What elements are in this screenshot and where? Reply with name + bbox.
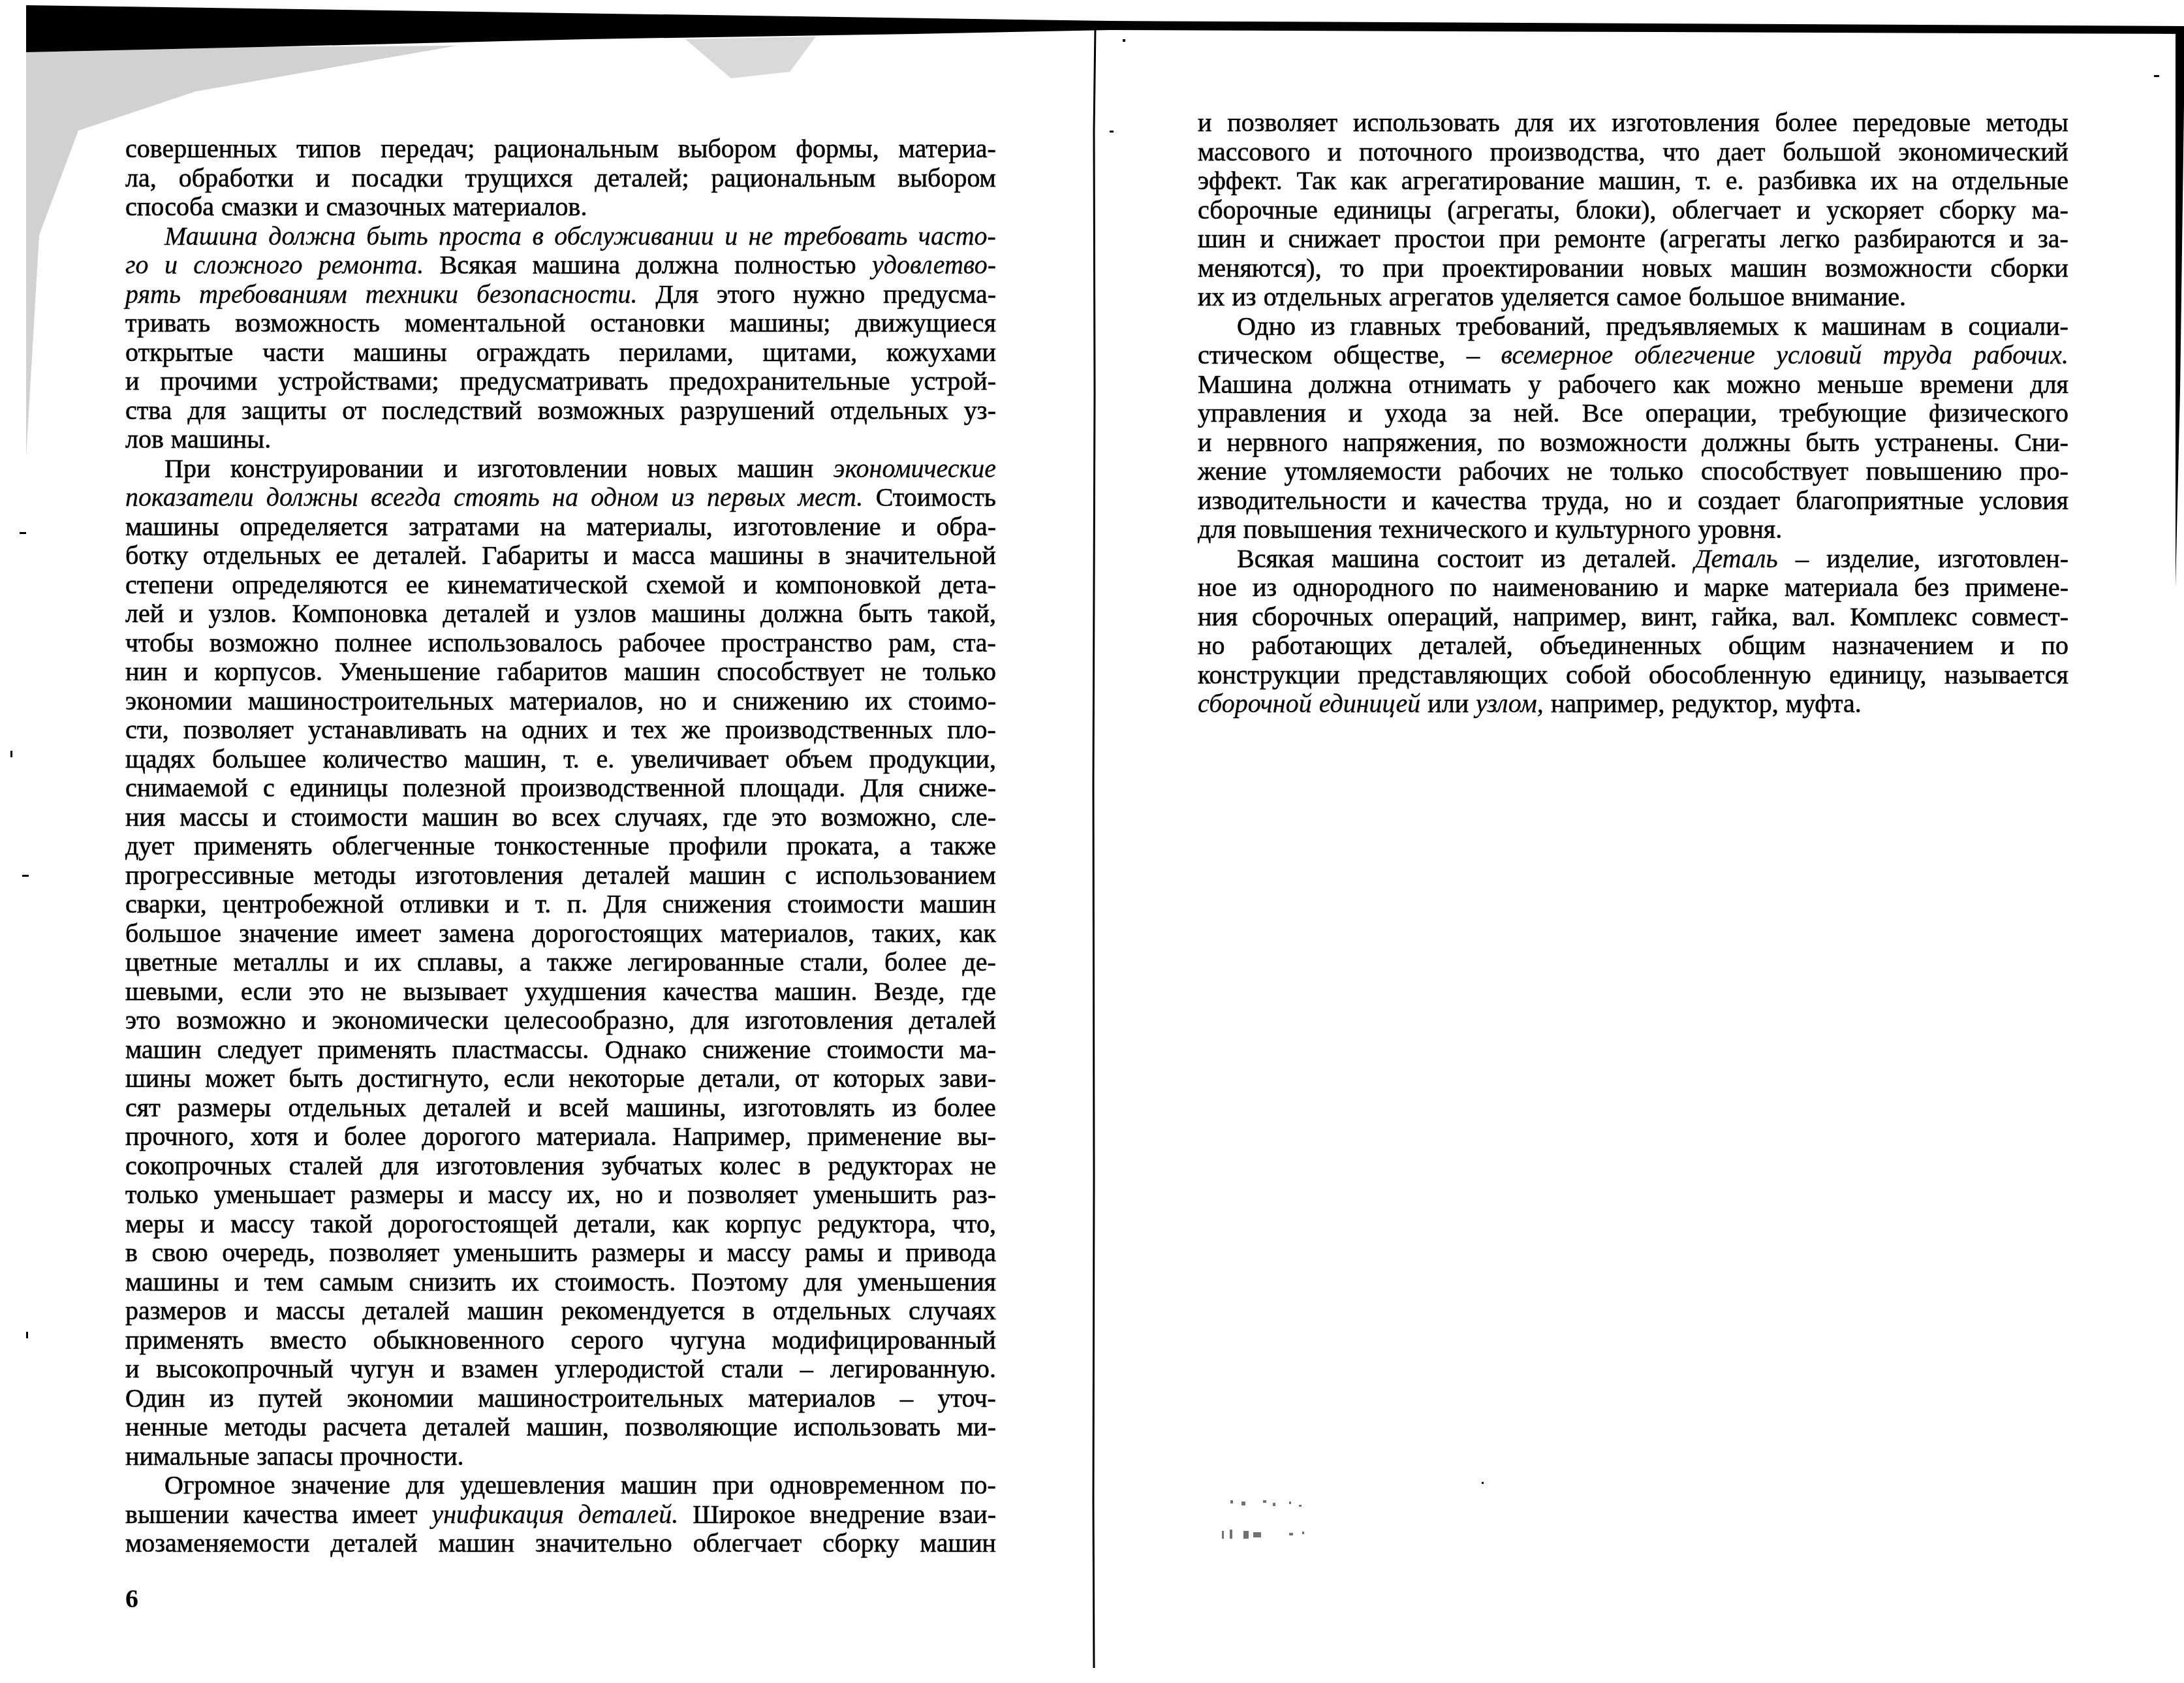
word: а (520, 948, 531, 977)
word: пластмассы. (452, 1035, 589, 1065)
italic-word: облегчение (1634, 341, 1755, 370)
word: и (528, 1093, 542, 1123)
word: редуктор, (1672, 689, 1778, 719)
word: тех (631, 716, 667, 745)
word: материалов, (721, 919, 854, 949)
word: узлов. (208, 599, 277, 629)
word: их, (567, 1180, 601, 1210)
word: предъявляемых (1606, 312, 1779, 341)
word: и (545, 599, 559, 629)
word: е. (596, 745, 614, 774)
text-line: большоезначениеимеетзаменадорогостоящихм… (125, 919, 996, 949)
word: имеет (352, 1500, 418, 1530)
word: обособленную (1649, 661, 1811, 690)
word: уделяется (1501, 283, 1610, 312)
word: материалов (748, 1384, 875, 1413)
word: всей (559, 1093, 609, 1123)
word: про- (2020, 457, 2068, 486)
word: стоимости (291, 803, 408, 832)
text-line: ивысокопрочныйчугунивзаменуглеродистойст… (125, 1355, 996, 1384)
word: случаях, (615, 803, 709, 832)
word: физического (1929, 399, 2068, 428)
word: отнимать (1409, 370, 1511, 400)
word: выбором (678, 134, 777, 164)
word: жение (1198, 457, 1266, 486)
word: сплавы, (417, 948, 504, 977)
word: прочного, (125, 1122, 234, 1152)
word: тривать (125, 309, 210, 338)
word: и (262, 803, 276, 832)
word: т. (535, 890, 551, 919)
word: Поэтому (691, 1268, 788, 1297)
word: и (1328, 138, 1341, 167)
word: Уменьшение (339, 657, 480, 687)
text-line: совершенныхтиповпередач;рациональнымвыбо… (125, 134, 996, 164)
word: изготовления (415, 861, 563, 890)
word: ускоряет (1826, 196, 1924, 225)
word: изготовления (1612, 108, 1759, 138)
word: представляющих (1358, 661, 1548, 690)
word: не (881, 657, 906, 687)
text-line: цветныеметаллыиихсплавы,атакжелегированн… (125, 948, 996, 977)
word: возможно, (821, 803, 937, 832)
word: материалов, (510, 687, 644, 716)
word: остановки (590, 309, 705, 338)
word: в (818, 541, 830, 571)
word: изготовления (436, 1152, 584, 1181)
word: вызывает (403, 977, 508, 1007)
word: их (374, 948, 401, 977)
word: возможно (210, 629, 319, 658)
word: как (1350, 166, 1387, 196)
word: чугуна (670, 1326, 746, 1355)
word: сят (125, 1093, 161, 1123)
word: машины (125, 1268, 219, 1297)
word: машин (920, 890, 996, 919)
word: и (431, 1355, 445, 1384)
word: применять (125, 1326, 243, 1355)
text-line: Огромноезначениедляудешевлениямашинприод… (125, 1471, 996, 1500)
word: массы (179, 803, 248, 832)
word: такой (311, 1210, 373, 1239)
word: машин (624, 657, 700, 687)
word: единицы (1334, 196, 1431, 225)
word: благоприятные (1796, 486, 1963, 516)
word: экономии (125, 687, 232, 716)
word: устройствами; (278, 367, 439, 396)
word: сталей (289, 1152, 363, 1181)
word: машины (710, 541, 803, 571)
word: устрой- (911, 367, 996, 396)
word: применять (194, 832, 312, 861)
word: Все (1582, 399, 1623, 428)
text-line: триватьвозможностьмоментальнойостановким… (125, 309, 996, 338)
word: ухудшения (525, 977, 646, 1007)
italic-word: требовать (784, 222, 908, 251)
word: единицы (290, 774, 388, 803)
word: сборку (822, 1529, 899, 1558)
word: как (1673, 370, 1709, 400)
word: имеет (356, 919, 421, 949)
word: возможно (177, 1006, 286, 1035)
italic-word: часто- (918, 222, 996, 251)
word: открытые (125, 338, 233, 368)
word: и (345, 948, 358, 977)
word: удешевления (460, 1471, 604, 1500)
word: проектировании (1443, 254, 1624, 283)
word: запасы (257, 1442, 333, 1471)
italic-word: экономические (834, 454, 996, 484)
word: по (1498, 428, 1525, 458)
word: ма- (2032, 196, 2068, 225)
word: пло- (947, 716, 996, 745)
word: машин (125, 1035, 201, 1065)
word: шин (1198, 225, 1246, 254)
word: Габариты (482, 541, 589, 571)
word: это (125, 1006, 161, 1035)
word: более (344, 1122, 406, 1152)
word: обыкновенного (373, 1326, 544, 1355)
word: и (1668, 486, 1681, 516)
word: смазки (221, 193, 298, 222)
word: уз- (964, 396, 996, 426)
word: и (179, 599, 193, 629)
word: возможности (1825, 254, 1972, 283)
word: внедрение (810, 1500, 925, 1530)
word: должна (636, 251, 719, 280)
word: но (1198, 631, 1225, 661)
text-line: ипозволяетиспользоватьдляихизготовленияб… (1198, 108, 2068, 138)
word: ла, (125, 164, 157, 193)
word: пространство (721, 629, 872, 658)
word: можно (1726, 370, 1800, 400)
text-line: ла,обработкиипосадкитрущихсядеталей;раци… (125, 164, 996, 193)
word: и (1260, 225, 1273, 254)
word: состоит (1437, 544, 1523, 574)
word: Машина (1198, 370, 1292, 400)
word: тем (264, 1268, 304, 1297)
text-line: Машинадолжнабытьпроставобслуживанииинетр… (125, 222, 996, 251)
word: устранены. (1875, 428, 1999, 458)
word: одних (522, 716, 588, 745)
word: качества (663, 977, 758, 1007)
text-line: машиныопределяетсязатратаминаматериалы,и… (125, 512, 996, 542)
right-edge-wedge (2176, 33, 2184, 588)
word: тонкостенные (495, 832, 649, 861)
word: размеры (591, 1238, 685, 1268)
word: использовать (1353, 108, 1500, 138)
italic-word: единицей (1319, 689, 1421, 719)
top-center-shadow (685, 37, 816, 78)
text-line: управленияиуходазаней.Всеоперации,требую… (1198, 399, 2068, 428)
word: вал. (1792, 603, 1835, 632)
word: сле- (951, 803, 996, 832)
word: путей (258, 1384, 322, 1413)
word: для (187, 396, 226, 426)
word: рамы (805, 1238, 864, 1268)
word: предусматривать (460, 367, 649, 396)
word: изготовления (745, 1006, 893, 1035)
word: позволяющие (625, 1413, 778, 1442)
word: простои (1394, 225, 1485, 254)
text-line: всвоюочередь,позволяетуменьшитьразмерыим… (125, 1238, 996, 1268)
word: только (125, 1180, 198, 1210)
word: профили (669, 832, 767, 861)
word: машины, (626, 1093, 726, 1123)
word: у (1528, 370, 1541, 400)
word: же (681, 716, 711, 745)
word: на (540, 512, 566, 542)
word: Для (604, 890, 647, 919)
text-line: чтобывозможнополнееиспользовалосьрабочее… (125, 629, 996, 658)
word: Компоновка (292, 599, 428, 629)
word: стоимо- (908, 687, 996, 716)
word: зави- (939, 1064, 996, 1093)
word: материала (1785, 573, 1898, 603)
word: машин (920, 1529, 996, 1558)
word: поточного (1359, 138, 1473, 167)
word: трущихся (465, 164, 573, 193)
word: ограждать (476, 338, 590, 368)
word: значение (291, 1471, 390, 1500)
text-line: вышениикачестваимеетунификациядеталей.Ши… (125, 1500, 996, 1530)
word: марке (1704, 573, 1769, 603)
word: новых (647, 454, 717, 484)
word: сборочных (1252, 603, 1373, 632)
word: – (1796, 544, 1809, 574)
word: и (1674, 573, 1688, 603)
word: рабочее (619, 629, 706, 658)
word: замена (439, 919, 514, 949)
word: и (1402, 486, 1416, 516)
word: экономический (1898, 138, 2068, 167)
word: отдельных (1264, 283, 1382, 312)
word: массового (1198, 138, 1310, 167)
word: дует (125, 832, 174, 861)
text-line: толькоуменьшаетразмерыимассуих,ноипозвол… (125, 1180, 996, 1210)
word: объем (785, 745, 852, 774)
word: создает (1698, 486, 1780, 516)
word: объединенных (1540, 631, 1702, 661)
word: из (1253, 573, 1277, 603)
italic-word: всемерное (1501, 341, 1614, 370)
italic-word: стоять (454, 483, 540, 512)
italic-word: узлом, (1476, 689, 1544, 719)
word: дета- (939, 571, 996, 600)
italic-word: техники (366, 280, 458, 309)
text-line: дуетприменятьоблегченныетонкостенныепроф… (125, 832, 996, 861)
word: и (316, 164, 330, 193)
text-line: Одинизпутейэкономиимашиностроительныхмат… (125, 1384, 996, 1413)
word: – (1467, 341, 1480, 370)
text-line: инервногонапряжения,повозможностидолжныб… (1198, 428, 2068, 458)
word: это (772, 803, 807, 832)
word: машин (621, 1471, 696, 1500)
word: и (184, 657, 198, 687)
word: легированные (628, 948, 784, 977)
word: называется (1944, 661, 2068, 690)
italic-word: труда (1883, 341, 1952, 370)
word: примене- (1965, 573, 2068, 603)
word: повышению (1866, 457, 2002, 486)
word: стали, (800, 948, 868, 977)
word: большое (1689, 283, 1785, 312)
word: эффект. (1198, 166, 1283, 196)
word: с (263, 774, 275, 803)
word: продукции, (869, 745, 996, 774)
word: где (961, 977, 996, 1007)
word: условия (1980, 486, 2068, 516)
text-line: сборочнойединицейилиузлом,например,редук… (1198, 689, 2068, 719)
text-line: лейиузлов.Компоновкадеталейиузловмашиныд… (125, 599, 996, 629)
word: и (505, 890, 519, 919)
word: (агрегаты (1660, 225, 1766, 254)
word: деталей. (373, 541, 467, 571)
word: должны (1702, 428, 1790, 458)
text-line: этовозможноиэкономическицелесообразно,дл… (125, 1006, 996, 1035)
word: и (1535, 515, 1548, 544)
word: сниже- (918, 774, 996, 803)
word: более (884, 948, 946, 977)
word: и (200, 1210, 214, 1239)
word: машина (1332, 544, 1419, 574)
word: движущиеся (856, 309, 996, 338)
word: в (798, 1152, 811, 1181)
word: дорогостоящей (389, 1210, 558, 1239)
text-line: шевыми,еслиэтоневызываетухудшениякачеств… (125, 977, 996, 1007)
word: снижения (663, 890, 772, 919)
word: защиты (242, 396, 326, 426)
word: муфта. (1786, 689, 1862, 719)
word: не (1567, 457, 1593, 486)
word: – (800, 1355, 813, 1384)
word: по (1450, 573, 1476, 603)
word: шины (125, 1064, 191, 1093)
word: корпус (725, 1210, 802, 1239)
word: и (878, 1238, 892, 1268)
word: производства, (1490, 138, 1646, 167)
word: размеров (125, 1297, 226, 1326)
word: обра- (937, 512, 996, 542)
word: Для (860, 774, 903, 803)
word: чтобы (125, 629, 193, 658)
word: новых (1642, 254, 1712, 283)
text-line: ноработающихдеталей,объединенныхобщимназ… (1198, 631, 2068, 661)
word: ми- (957, 1413, 996, 1442)
word: во (512, 803, 538, 832)
word: при (1382, 254, 1424, 283)
word: главных (1350, 312, 1441, 341)
word: посадки (352, 164, 443, 193)
word: взамен (461, 1355, 538, 1384)
text-line: сварки,центробежнойотливкиит.п.Дляснижен… (125, 890, 996, 919)
italic-word: сложного (193, 251, 302, 280)
word: редукторах (828, 1152, 953, 1181)
italic-word: рабочих. (1974, 341, 2068, 370)
word: ее (406, 571, 429, 600)
word: ее (335, 541, 359, 571)
word: расчета (323, 1413, 407, 1442)
text-line: ниямассыистоимостимашинвовсехслучаях,где… (125, 803, 996, 832)
word: проката, (787, 832, 880, 861)
word: машин (689, 861, 765, 890)
word: дорогого (422, 1122, 521, 1152)
word: ухода (1384, 399, 1446, 428)
word: наименованию (1493, 573, 1659, 603)
word: полезной (403, 774, 506, 803)
word: материалы, (587, 512, 713, 542)
word: меры (125, 1210, 184, 1239)
word: облегчает (1672, 196, 1781, 225)
word: но (660, 687, 687, 716)
word: и (314, 1122, 328, 1152)
text-line: мерыимассутакойдорогостоящейдетали,какко… (125, 1210, 996, 1239)
word: что, (952, 1210, 996, 1239)
word: Стоимость (876, 483, 996, 512)
word: ботку (125, 541, 188, 571)
word: использованием (816, 861, 996, 890)
word: снижение (702, 1035, 811, 1065)
word: обществе, (1334, 341, 1446, 370)
text-line: эффект.Таккакагрегатированиемашин,т.е.ра… (1198, 166, 2068, 196)
word: методы (313, 861, 396, 890)
word: редуктора, (818, 1210, 936, 1239)
text-line: дляповышениятехническогоикультурногоуров… (1198, 515, 2068, 544)
word: снижению (733, 687, 849, 716)
word: труда, (1542, 486, 1610, 516)
italic-word: Деталь (1694, 544, 1778, 574)
word: большее (212, 745, 306, 774)
word: выбором (897, 164, 996, 193)
word: отливки (399, 890, 489, 919)
word: гайка, (1711, 603, 1778, 632)
italic-word: деталей. (578, 1500, 679, 1530)
word: деталей (330, 1529, 417, 1558)
word: рациональным (711, 164, 875, 193)
text-line: ловмашины. (125, 425, 996, 454)
italic-word: рять (125, 280, 181, 309)
italic-word: мест. (798, 483, 863, 512)
italic-word: первых (707, 483, 785, 512)
word: машин, (1599, 166, 1681, 196)
text-line: сборочныеединицы(агрегаты,блоки),облегча… (1198, 196, 2068, 225)
italic-word: условий (1776, 341, 1862, 370)
word: случаях (909, 1297, 996, 1326)
word: де- (962, 948, 995, 977)
word: т. (563, 745, 579, 774)
italic-word: быть (366, 222, 428, 251)
word: нужно (793, 280, 865, 309)
word: Широкое (693, 1500, 795, 1530)
word: общим (1728, 631, 1805, 661)
word: – (900, 1384, 913, 1413)
word: или (1427, 689, 1469, 719)
italic-word: из (671, 483, 694, 512)
word: для (691, 1006, 729, 1035)
word: облегченные (332, 832, 475, 861)
word: моментальной (405, 309, 565, 338)
italic-word: сборочной (1198, 689, 1312, 719)
word: и (602, 716, 616, 745)
word: раз- (952, 1180, 996, 1210)
word: ней. (1514, 399, 1560, 428)
word: стическом (1198, 341, 1312, 370)
word: применение (807, 1122, 942, 1152)
word: и (302, 1006, 316, 1035)
word: например, (1551, 689, 1665, 719)
word: таких, (872, 919, 942, 949)
word: ния (125, 803, 165, 832)
